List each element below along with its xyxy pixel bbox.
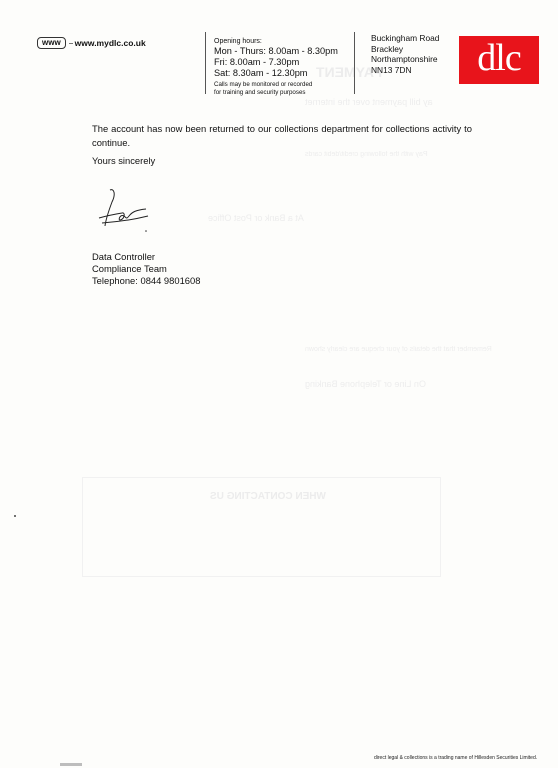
signoff-team: Compliance Team bbox=[92, 263, 200, 275]
signoff-telephone: Telephone: 0844 9801608 bbox=[92, 275, 200, 287]
letter-body: The account has now been returned to our… bbox=[92, 122, 472, 149]
opening-hours: Opening hours: Mon - Thurs: 8.00am - 8.3… bbox=[205, 32, 355, 94]
divider bbox=[69, 43, 73, 44]
note-line: Calls may be monitored or recorded bbox=[214, 81, 354, 89]
dlc-logo: dlc bbox=[459, 36, 539, 84]
signoff-block: Data Controller Compliance Team Telephon… bbox=[92, 251, 200, 287]
bleed-through-line: Remember that the details of your cheque… bbox=[305, 345, 492, 354]
bleed-through-line: Pay with the following credit/debit card… bbox=[305, 150, 428, 159]
hours-saturday: Sat: 8.30am - 12.30pm bbox=[214, 68, 354, 79]
address-line: Brackley bbox=[371, 44, 439, 55]
company-address: Buckingham Road Brackley Northamptonshir… bbox=[371, 33, 439, 75]
address-line: NN13 7DN bbox=[371, 65, 439, 76]
address-line: Northamptonshire bbox=[371, 54, 439, 65]
hours-friday: Fri: 8.00am - 7.30pm bbox=[214, 57, 354, 68]
letter-page: PAYMENT ay bill payment over the interne… bbox=[0, 0, 558, 768]
bleed-through-contact-heading: WHEN CONTACTING US bbox=[210, 492, 326, 501]
hours-weekday: Mon - Thurs: 8.00am - 8.30pm bbox=[214, 46, 354, 57]
bleed-through-line: ay bill payment over the internet bbox=[305, 98, 433, 107]
letter-closing: Yours sincerely bbox=[92, 155, 155, 166]
legal-footer: direct legal & collections is a trading … bbox=[374, 755, 537, 761]
note-line: for training and security purposes bbox=[214, 89, 354, 97]
signature-icon bbox=[96, 186, 156, 236]
scan-speck bbox=[14, 515, 16, 517]
address-line: Buckingham Road bbox=[371, 33, 439, 44]
opening-hours-label: Opening hours: bbox=[214, 37, 354, 46]
signoff-title: Data Controller bbox=[92, 251, 200, 263]
website-url[interactable]: www.mydlc.co.uk bbox=[75, 38, 146, 48]
document-reference-mark bbox=[60, 763, 82, 766]
bleed-through-bank-heading: At a Bank or Post Office bbox=[208, 214, 304, 223]
website-link[interactable]: www www.mydlc.co.uk bbox=[37, 37, 146, 49]
www-icon: www bbox=[37, 37, 66, 49]
call-monitoring-note: Calls may be monitored or recorded for t… bbox=[214, 81, 354, 96]
bleed-through-online-heading: On Line or Telephone Banking bbox=[305, 380, 426, 389]
